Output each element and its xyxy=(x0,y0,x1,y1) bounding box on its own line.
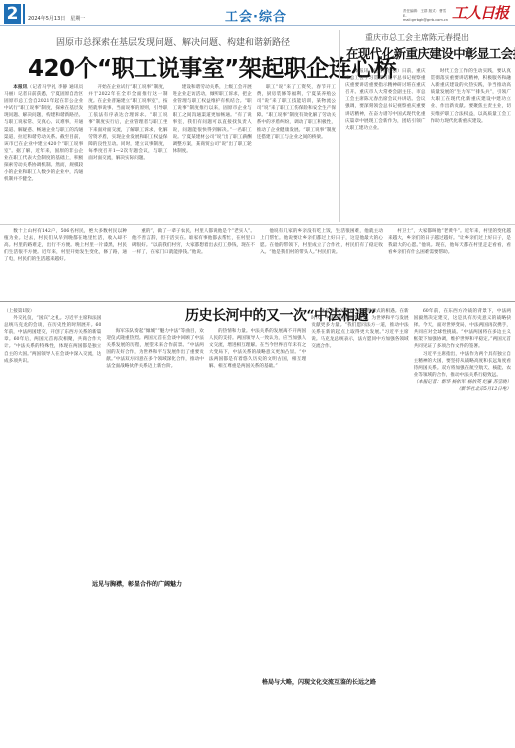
article-history-column: 60年前，在东西方冷战的背景下，中法两国毅然决定建交，这是具有历史意义的战略抉择… xyxy=(414,308,511,744)
article-village-body: 数十上山村有142户，506名村民，绝大多数村民以种植为业。过去，村民们从早到晚… xyxy=(4,228,511,298)
article-chongqing-column: 本报讯（记者黄仕强）日前，重庆市总工会学习贯彻习近平总书记视察重庆重要讲话重要指… xyxy=(345,68,426,220)
page-number-badge: 2 xyxy=(4,4,21,24)
article-chongqing-body: 本报讯（记者黄仕强）日前，重庆市总工会学习贯彻习近平总书记视察重庆重要讲话重要指… xyxy=(345,68,511,220)
masthead-rule xyxy=(0,25,515,26)
article-village-column: 数十上山村有142户，506名村民，绝大多数村民以种植为业。过去，村民们从早到晚… xyxy=(4,228,127,298)
article-village-column: 村卫士”，大家都叫他“老黄牛”。近年来，村里的变化越来越大，乡亲们的日子越过越好… xyxy=(388,228,511,298)
newspaper-logo: 工人日报 xyxy=(452,2,508,23)
article-history-column: （上接第1版） 外交礼仪，“国宾”之礼。习近平主席和法国总统马克龙的会谈，在历史… xyxy=(4,308,101,744)
article-history: 历史长河中的又一次“中法相遇” （上接第1版） 外交礼仪，“国宾”之礼。习近平主… xyxy=(0,302,515,748)
column-divider xyxy=(339,30,340,222)
article-history-dateline: （新华社北京5月12日电） xyxy=(414,386,511,393)
article-history-subhead: 格局与大略，闪现文化交流互鉴的长远之路 xyxy=(260,676,378,687)
article-history-column: 海军乐队奏起“倾城”“魅力中法”等曲目，欢迎仪式隆重热烈。两国元首在会谈中回顾了… xyxy=(106,308,203,744)
article-main-kicker: 固原市总探索在基层发现问题、解决问题、构建和谐新路径 xyxy=(56,35,290,48)
article-chongqing-headline: 在现代化新重庆建设中彰显工会担当作为 xyxy=(346,44,515,62)
article-chongqing-kicker: 重庆市总工会主席陈元春提出 xyxy=(365,32,469,43)
article-chongqing-column: 时代工会工作的生动实践，要认真贯彻落实重要讲话精神，积极服务和融入新重庆建设的火… xyxy=(431,68,512,220)
masthead: 2 2024年5月13日 星期一 工会·综合 责任编辑：王群 版式：曹雪 E-m… xyxy=(0,0,515,28)
editor-info: 责任编辑：王群 版式：曹雪 E-mail:grrbgh@grrb.com.cn xyxy=(403,9,447,23)
article-history-body: （上接第1版） 外交礼仪，“国宾”之礼。习近平主席和法国总统马克龙的会谈，在历史… xyxy=(4,308,511,744)
article-history-byline: （本报记者：新华 杨依军 杨依英 纪嘉 苏莹晓） xyxy=(414,379,511,386)
article-village-column: 重的”，做了一辈子农民，村里人都说他是个“老实人”。他不善言辞，但干活实在。谁家… xyxy=(132,228,255,298)
section-title: 工会·综合 xyxy=(225,6,287,25)
article-village: 数十上山村有142户，506名村民，绝大多数村民以种植为业。过去，村民们从早到晚… xyxy=(0,226,515,302)
article-chongqing: 重庆市总工会主席陈元春提出 在现代化新重庆建设中彰显工会担当作为 本报讯（记者黄… xyxy=(341,28,515,228)
article-village-column: 他说有几家的乡亲没有吃上饭，生活很困难，他就主动上门帮忙。他说要让乡亲们都过上好… xyxy=(260,228,383,298)
issue-date: 2024年5月13日 星期一 xyxy=(28,15,85,22)
article-main: 固原市总探索在基层发现问题、解决问题、构建和谐新路径 420个“职工说事室”架起… xyxy=(0,28,340,228)
section-divider xyxy=(0,224,515,225)
page-number-divider xyxy=(23,4,25,24)
article-history-subhead: 远见与胸襟，彰显合作的广阔魅力 xyxy=(90,578,184,589)
